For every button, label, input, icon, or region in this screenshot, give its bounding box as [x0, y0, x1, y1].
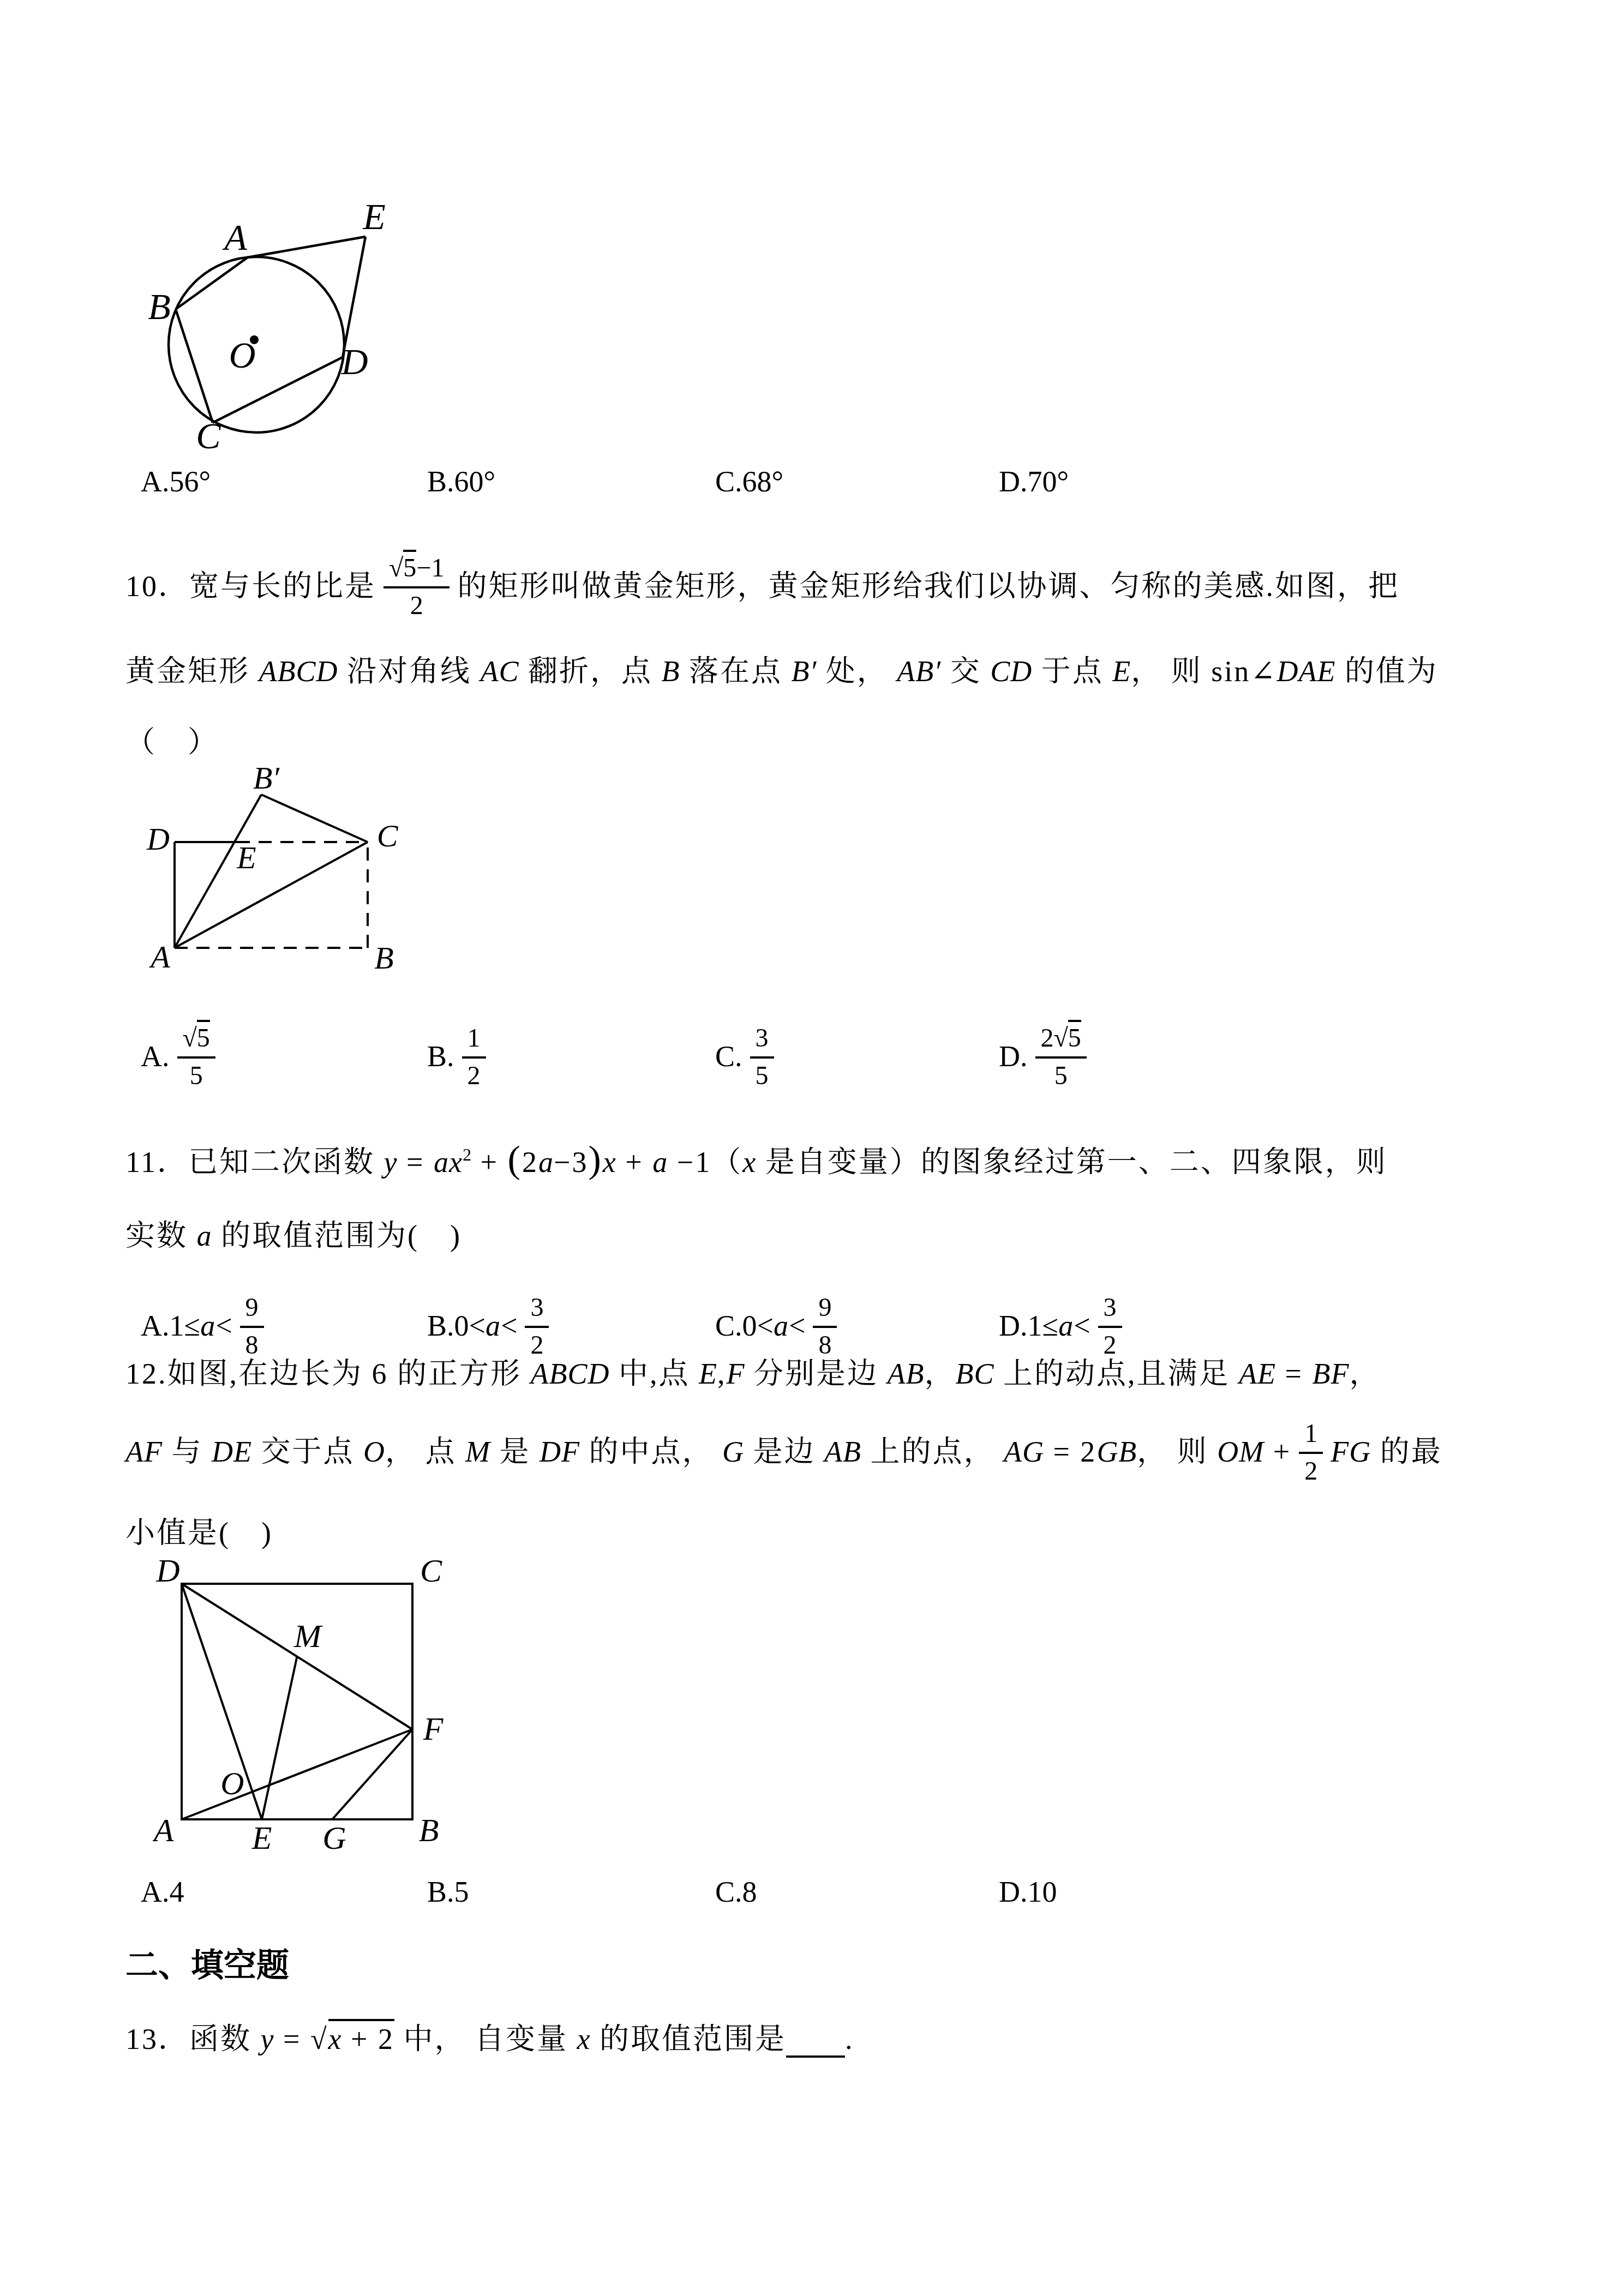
option-label: C.0<a<: [715, 1309, 805, 1343]
option-fraction: √5 5: [177, 1023, 215, 1091]
q11-line2-text: 实数 a 的取值范围为( ): [125, 1219, 462, 1252]
option-fraction: 3 5: [750, 1023, 774, 1091]
point-label-g: G: [322, 1820, 346, 1856]
text-seg: +: [471, 1146, 507, 1179]
text-seg: 交: [941, 655, 990, 688]
text-seg: ， 则 sin∠: [1131, 655, 1277, 688]
segment-g-f: [332, 1729, 412, 1819]
text-seg: √: [1054, 1024, 1068, 1053]
text-seg: 2: [1041, 1024, 1054, 1053]
exam-page: E A B C D O A.56° B.60° C.68° D.70° 10．宽…: [0, 0, 1624, 2296]
text-seg: AF: [125, 1435, 163, 1468]
point-label-d: D: [340, 341, 368, 382]
fraction-denominator: 2: [1104, 1328, 1117, 1360]
q10-option-b: B. 1 2: [427, 1012, 494, 1101]
q10-option-a: A. √5 5: [141, 1012, 223, 1101]
text-seg: <: [1074, 1309, 1090, 1342]
text-seg: = 2: [1044, 1435, 1096, 1468]
q10-line-3: （ ）: [125, 724, 219, 760]
option-fraction: 3 2: [525, 1292, 549, 1360]
option-fraction: 3 2: [1098, 1292, 1122, 1360]
q9-options-row: A.56° B.60° C.68° D.70°: [0, 465, 1624, 500]
text-seg: 是边: [744, 1435, 824, 1468]
q10-line-2: 黄金矩形 ABCD 沿对角线 AC 翻折，点 B 落在点 B′ 处， AB′ 交…: [125, 653, 1438, 689]
point-label-e: E: [251, 1820, 272, 1856]
text-seg: ABCD: [531, 1357, 610, 1390]
text-seg: y: [384, 1146, 398, 1179]
text-seg: BC: [955, 1357, 994, 1390]
text-seg: +: [616, 1146, 652, 1179]
text-seg: B: [662, 655, 680, 688]
text-seg: 的取值范围为( ): [212, 1219, 462, 1252]
text-seg: ， 则: [1137, 1435, 1217, 1468]
fraction-denominator: 5: [756, 1059, 769, 1091]
text-seg: .: [845, 2023, 854, 2055]
q9-option-a: A.56°: [141, 465, 211, 498]
point-label-e: E: [236, 840, 256, 875]
q10-options-row: A. √5 5 B. 1 2 C. 3 5 D. 2√5 5: [0, 1012, 1624, 1101]
text-seg: 上的点，: [861, 1435, 1004, 1468]
option-fraction: 1 2: [462, 1023, 486, 1091]
q12-line-3: 小值是( ): [125, 1515, 273, 1551]
text-seg: x: [742, 1146, 756, 1179]
text-seg: =: [274, 2023, 310, 2055]
text-seg: 2: [522, 1146, 538, 1179]
q12-line-1: 12.如图,在边长为 6 的正方形 ABCD 中,点 E,F 分别是边 AB，B…: [125, 1356, 1380, 1392]
text-seg: E: [1112, 655, 1131, 688]
one-half-fraction: 1 2: [1299, 1418, 1323, 1486]
text-seg: M: [465, 1435, 490, 1468]
option-fraction: 9 8: [240, 1292, 264, 1360]
option-fraction: 9 8: [813, 1292, 837, 1360]
text-seg: 的中点，: [580, 1435, 722, 1468]
text-seg: 与: [163, 1435, 212, 1468]
text-seg: x: [577, 2023, 591, 2055]
text-seg: <: [789, 1309, 805, 1342]
segment-m-e: [262, 1657, 297, 1820]
text-seg: A.1≤: [141, 1309, 200, 1342]
q13-line-text: 13．函数 y = √x + 2 中， 自变量 x 的取值范围是 .: [125, 2019, 854, 2058]
circle-o: [169, 257, 344, 432]
point-label-b: B: [148, 286, 171, 327]
text-seg: 黄金矩形: [125, 655, 259, 688]
text-seg: 的矩形叫做黄金矩形，黄金矩形给我们以协调、匀称的美感.如图，把: [457, 570, 1399, 603]
q12-options-row: A.4 B.5 C.8 D.10: [0, 1875, 1624, 1910]
text-seg: C.: [715, 1040, 742, 1073]
point-label-c: C: [377, 818, 399, 854]
fraction-denominator: 2: [410, 588, 423, 621]
fraction-numerator: 3: [750, 1023, 774, 1059]
option-label: B.: [427, 1039, 454, 1073]
text-seg: F: [727, 1357, 745, 1390]
point-label-c: C: [420, 1560, 442, 1589]
text-seg: 的最: [1371, 1435, 1442, 1468]
text-seg: 小值是( ): [125, 1517, 273, 1549]
text-seg: 于点: [1032, 655, 1112, 688]
section-header-fill-in-blanks: 二、填空题: [125, 1939, 289, 1986]
text-seg: ，: [924, 1357, 955, 1390]
fraction-denominator: 5: [1054, 1059, 1068, 1091]
text-seg: D.: [999, 1040, 1028, 1073]
text-seg: AB: [888, 1357, 925, 1390]
diagram-circle-with-secants: E A B C D O: [142, 185, 404, 458]
fold-line-bprime-c: [261, 795, 368, 842]
fraction-numerator: 2√5: [1035, 1023, 1087, 1059]
q10-option-c: C. 3 5: [715, 1012, 782, 1101]
text-seg: C.0<: [715, 1309, 774, 1342]
option-label: B.0<a<: [427, 1309, 517, 1343]
text-seg: 交于点: [252, 1435, 363, 1468]
text-seg: 是: [490, 1435, 540, 1468]
text-seg: a: [197, 1219, 212, 1252]
text-seg: √: [183, 1024, 197, 1053]
text-seg: 9: [818, 1293, 831, 1322]
point-label-m: M: [293, 1618, 323, 1654]
q12-line2-prefix: AF 与 DE 交于点 O， 点 M 是 DF 的中点， G 是边 AB 上的点…: [125, 1434, 1291, 1470]
point-label-e: E: [362, 196, 386, 237]
text-seg: ，: [1349, 1357, 1380, 1390]
text-seg: <: [215, 1309, 232, 1342]
q11-line1-text: 11．已知二次函数 y = ax2 + (2a−3)x + a −1（x 是自变…: [125, 1146, 1387, 1179]
fraction-denominator: 5: [190, 1059, 203, 1091]
text-seg: E: [699, 1357, 717, 1390]
fraction-denominator: 2: [1304, 1454, 1317, 1486]
text-seg: 5: [1068, 1020, 1081, 1053]
point-label-d: D: [155, 1560, 179, 1589]
text-seg: ax: [434, 1146, 463, 1179]
text-seg: BF: [1312, 1357, 1349, 1390]
point-label-b-prime: B′: [253, 764, 280, 796]
fraction-denominator: 2: [468, 1059, 481, 1091]
text-seg: √: [389, 554, 403, 582]
text-seg: 是自变量）的图象经过第一、二、四象限，则: [756, 1146, 1387, 1179]
text-seg: x: [328, 2019, 342, 2055]
fraction-numerator: 1: [1299, 1418, 1323, 1454]
text-seg: ABCD: [259, 655, 338, 688]
text-seg: ， 点: [385, 1435, 465, 1468]
text-seg: −3: [554, 1146, 588, 1179]
text-seg: 5: [197, 1020, 210, 1053]
text-seg: y: [261, 2023, 274, 2055]
q10-option-d: D. 2√5 5: [999, 1012, 1094, 1101]
point-label-a: A: [222, 217, 247, 258]
q11-line-1: 11．已知二次函数 y = ax2 + (2a−3)x + a −1（x 是自变…: [125, 1137, 1387, 1180]
text-seg: 2: [463, 1145, 471, 1165]
q10-answer-parentheses: （ ）: [125, 726, 219, 759]
text-seg: 沿对角线: [338, 655, 481, 688]
point-label-a: A: [153, 1812, 174, 1848]
text-seg: 落在点: [680, 655, 792, 688]
point-label-c: C: [196, 415, 221, 456]
text-seg: 上的动点,且满足: [994, 1357, 1239, 1390]
q13-line: 13．函数 y = √x + 2 中， 自变量 x 的取值范围是 .: [125, 2021, 854, 2057]
text-seg: FG: [1331, 1435, 1371, 1468]
text-seg: a: [538, 1146, 554, 1179]
text-seg: 9: [245, 1293, 259, 1322]
fraction-numerator: 3: [525, 1292, 549, 1328]
option-label: C.: [715, 1039, 742, 1073]
text-seg: 中,点: [610, 1357, 699, 1390]
q12-option-d: D.10: [999, 1875, 1057, 1909]
fraction-numerator: 9: [813, 1292, 837, 1328]
text-seg: 3: [756, 1024, 769, 1053]
segment-a-f: [182, 1729, 412, 1819]
option-label: D.: [999, 1039, 1028, 1073]
text-seg: G: [722, 1435, 744, 1468]
q10-line2-text: 黄金矩形 ABCD 沿对角线 AC 翻折，点 B 落在点 B′ 处， AB′ 交…: [125, 655, 1438, 688]
point-label-d: D: [146, 821, 170, 857]
option-label: A.1≤a<: [141, 1309, 232, 1343]
text-seg: B.0<: [427, 1309, 486, 1342]
text-seg: AE: [1239, 1357, 1276, 1390]
text-seg: B.: [427, 1040, 454, 1073]
text-seg: 5: [403, 550, 416, 582]
text-seg: √: [310, 2023, 328, 2055]
center-label-o: O: [229, 334, 255, 376]
q12-line-2: AF 与 DE 交于点 O， 点 M 是 DF 的中点， G 是边 AB 上的点…: [125, 1416, 1442, 1487]
text-seg: AC: [481, 655, 519, 688]
fraction-numerator: 1: [462, 1023, 486, 1059]
text-seg: =: [1276, 1357, 1312, 1390]
text-seg: AB: [824, 1435, 861, 1468]
text-seg: −1（: [668, 1146, 742, 1179]
text-seg: 实数: [125, 1219, 197, 1252]
text-seg: a: [1058, 1309, 1074, 1342]
text-seg: −1: [416, 554, 444, 582]
text-seg: a: [774, 1309, 789, 1342]
point-label-b: B: [374, 940, 393, 976]
diagram-square-abcd: D C M F O A E G B: [153, 1560, 458, 1865]
q12-line1-text: 12.如图,在边长为 6 的正方形 ABCD 中,点 E,F 分别是边 AB，B…: [125, 1357, 1380, 1390]
text-seg: AG: [1004, 1435, 1044, 1468]
q12-line3-text: 小值是( ): [125, 1517, 273, 1549]
text-seg: 10．宽与长的比是: [125, 570, 376, 603]
option-fraction: 2√5 5: [1035, 1023, 1087, 1091]
text-seg: 1: [468, 1024, 481, 1053]
text-seg: 的取值范围是: [590, 2023, 786, 2055]
text-seg: D.1≤: [999, 1309, 1058, 1342]
text-seg: 3: [1104, 1293, 1117, 1322]
text-seg: a: [486, 1309, 501, 1342]
text-seg: 翻折，点: [519, 655, 662, 688]
text-seg: [786, 2023, 845, 2058]
text-seg: x: [603, 1146, 616, 1179]
fraction-numerator: √5: [177, 1023, 215, 1059]
text-seg: ,: [717, 1357, 727, 1390]
text-seg: ): [588, 1138, 602, 1181]
text-seg: a: [652, 1146, 668, 1179]
fraction-numerator: 9: [240, 1292, 264, 1328]
text-seg: + 2: [342, 2019, 394, 2055]
q12-option-b: B.5: [427, 1875, 469, 1909]
text-seg: AB′: [897, 655, 941, 688]
text-seg: CD: [990, 655, 1032, 688]
text-seg: 分别是边: [745, 1357, 888, 1390]
text-seg: 的值为: [1335, 655, 1438, 688]
golden-ratio-fraction: √5−1 2: [383, 552, 450, 621]
q12-line2-suffix: FG 的最: [1331, 1434, 1442, 1470]
fraction-numerator: √5−1: [383, 552, 450, 588]
text-seg: a: [200, 1309, 215, 1342]
text-seg: DAE: [1277, 655, 1335, 688]
fraction-denominator: 8: [245, 1328, 259, 1360]
fraction-denominator: 2: [530, 1328, 543, 1360]
text-seg: 处，: [817, 655, 897, 688]
q9-option-b: B.60°: [427, 465, 495, 498]
text-seg: B′: [792, 655, 817, 688]
point-label-b: B: [419, 1812, 439, 1848]
q9-option-d: D.70°: [999, 465, 1069, 498]
text-seg: DE: [212, 1435, 252, 1468]
text-seg: 1: [1304, 1419, 1317, 1448]
text-seg: 3: [530, 1293, 543, 1322]
point-label-o: O: [220, 1765, 244, 1801]
text-seg: DF: [540, 1435, 580, 1468]
text-seg: 11．已知二次函数: [125, 1146, 384, 1179]
q10-line1-suffix: 的矩形叫做黄金矩形，黄金矩形给我们以协调、匀称的美感.如图，把: [457, 568, 1399, 604]
option-label: A.: [141, 1039, 170, 1073]
diagram-golden-rectangle-fold: B′ D C E A B: [142, 764, 404, 993]
q11-line-2: 实数 a 的取值范围为( ): [125, 1218, 462, 1254]
q12-option-a: A.4: [141, 1875, 184, 1909]
point-label-f: F: [423, 1711, 444, 1747]
text-seg: =: [397, 1146, 433, 1179]
text-seg: 12.如图,在边长为 6 的正方形: [125, 1357, 531, 1390]
fraction-numerator: 3: [1098, 1292, 1122, 1328]
text-seg: 13．函数: [125, 2023, 261, 2055]
q10-line1-prefix: 10．宽与长的比是: [125, 568, 376, 604]
text-seg: OM: [1217, 1435, 1264, 1468]
q9-option-c: C.68°: [715, 465, 783, 498]
text-seg: (: [508, 1138, 522, 1181]
q10-line-1: 10．宽与长的比是 √5−1 2 的矩形叫做黄金矩形，黄金矩形给我们以协调、匀称…: [125, 536, 1399, 637]
text-seg: +: [1264, 1435, 1291, 1468]
option-label: D.1≤a<: [999, 1309, 1090, 1343]
text-seg: <: [501, 1309, 517, 1342]
text-seg: A.: [141, 1040, 170, 1073]
point-label-a: A: [148, 939, 170, 975]
q12-option-c: C.8: [715, 1875, 757, 1909]
fraction-denominator: 8: [818, 1328, 831, 1360]
text-seg: 中， 自变量: [394, 2023, 577, 2055]
text-seg: O: [363, 1435, 385, 1468]
text-seg: GB: [1096, 1435, 1137, 1468]
